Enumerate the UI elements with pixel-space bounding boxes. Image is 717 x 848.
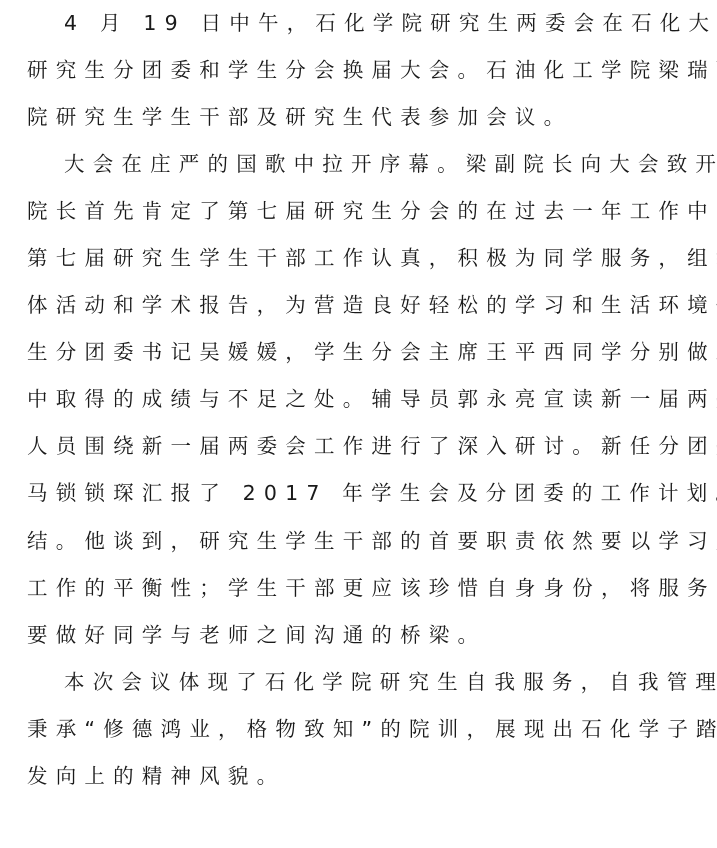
text-line: 第七届研究生学生干部工作认真，积极为同学服务，组织并承担了丰富多彩的文 [27,235,689,282]
text-line: 大会在庄严的国歌中拉开序幕。梁副院长向大会致开幕辞。在讲话中，梁副 [27,141,689,188]
text-line: 院长首先肯定了第七届研究生分会的在过去一年工作中的努力与成果。他讲到， [27,188,689,235]
paragraph-1: 4 月 19 日中午，石化学院研究生两委会在石化大楼 318 会议室召开第八届 … [27,0,692,141]
text-line: 4 月 19 日中午，石化学院研究生两委会在石化大楼 318 会议室召开第八届 [27,0,689,47]
text-line: 本次会议体现了石化学院研究生自我服务，自我管理，自我成长的优良传统。 [27,659,689,706]
text-line: 发向上的精神风貌。 [27,753,689,800]
text-line: 院研究生学生干部及研究生代表参加会议。 [27,94,689,141]
paragraph-3: 本次会议体现了石化学院研究生自我服务，自我管理，自我成长的优良传统。 秉承“修德… [27,659,692,800]
text-line: 马锁锁琛汇报了 2017 年学生会及分团委的工作计划。会议最后梁副院长做出总 [27,470,689,517]
text-line: 要做好同学与老师之间沟通的桥梁。 [27,612,689,659]
text-line: 中取得的成绩与不足之处。辅导员郭永亮宣读新一届两委会成员名单，并与与会 [27,376,689,423]
text-line: 研究生分团委和学生分会换届大会。石油化工学院梁瑞副院长出席本次会议，学 [27,47,689,94]
document-body: 4 月 19 日中午，石化学院研究生两委会在石化大楼 318 会议室召开第八届 … [27,0,692,800]
paragraph-2: 大会在庄严的国歌中拉开序幕。梁副院长向大会致开幕辞。在讲话中，梁副 院长首先肯定… [27,141,692,659]
text-line: 秉承“修德鸿业，格物致知”的院训，展现出石化学子踏实肯干，锐意进取，奋 [27,706,689,753]
text-line: 人员围绕新一届两委会工作进行了深入研讨。新任分团委书记韩梅和学生会主席 [27,423,689,470]
text-line: 结。他谈到，研究生学生干部的首要职责依然要以学习为主，同时要掌握学习与 [27,518,689,565]
text-line: 体活动和学术报告，为营造良好轻松的学习和生活环境做出了贡献。第七届研究 [27,282,689,329]
text-line: 工作的平衡性；学生干部更应该珍惜自身身份，将服务同学的意识摆在第一位， [27,565,689,612]
text-line: 生分团委书记吴媛媛，学生分会主席王平西同学分别做工作报告，总结过去一年 [27,329,689,376]
